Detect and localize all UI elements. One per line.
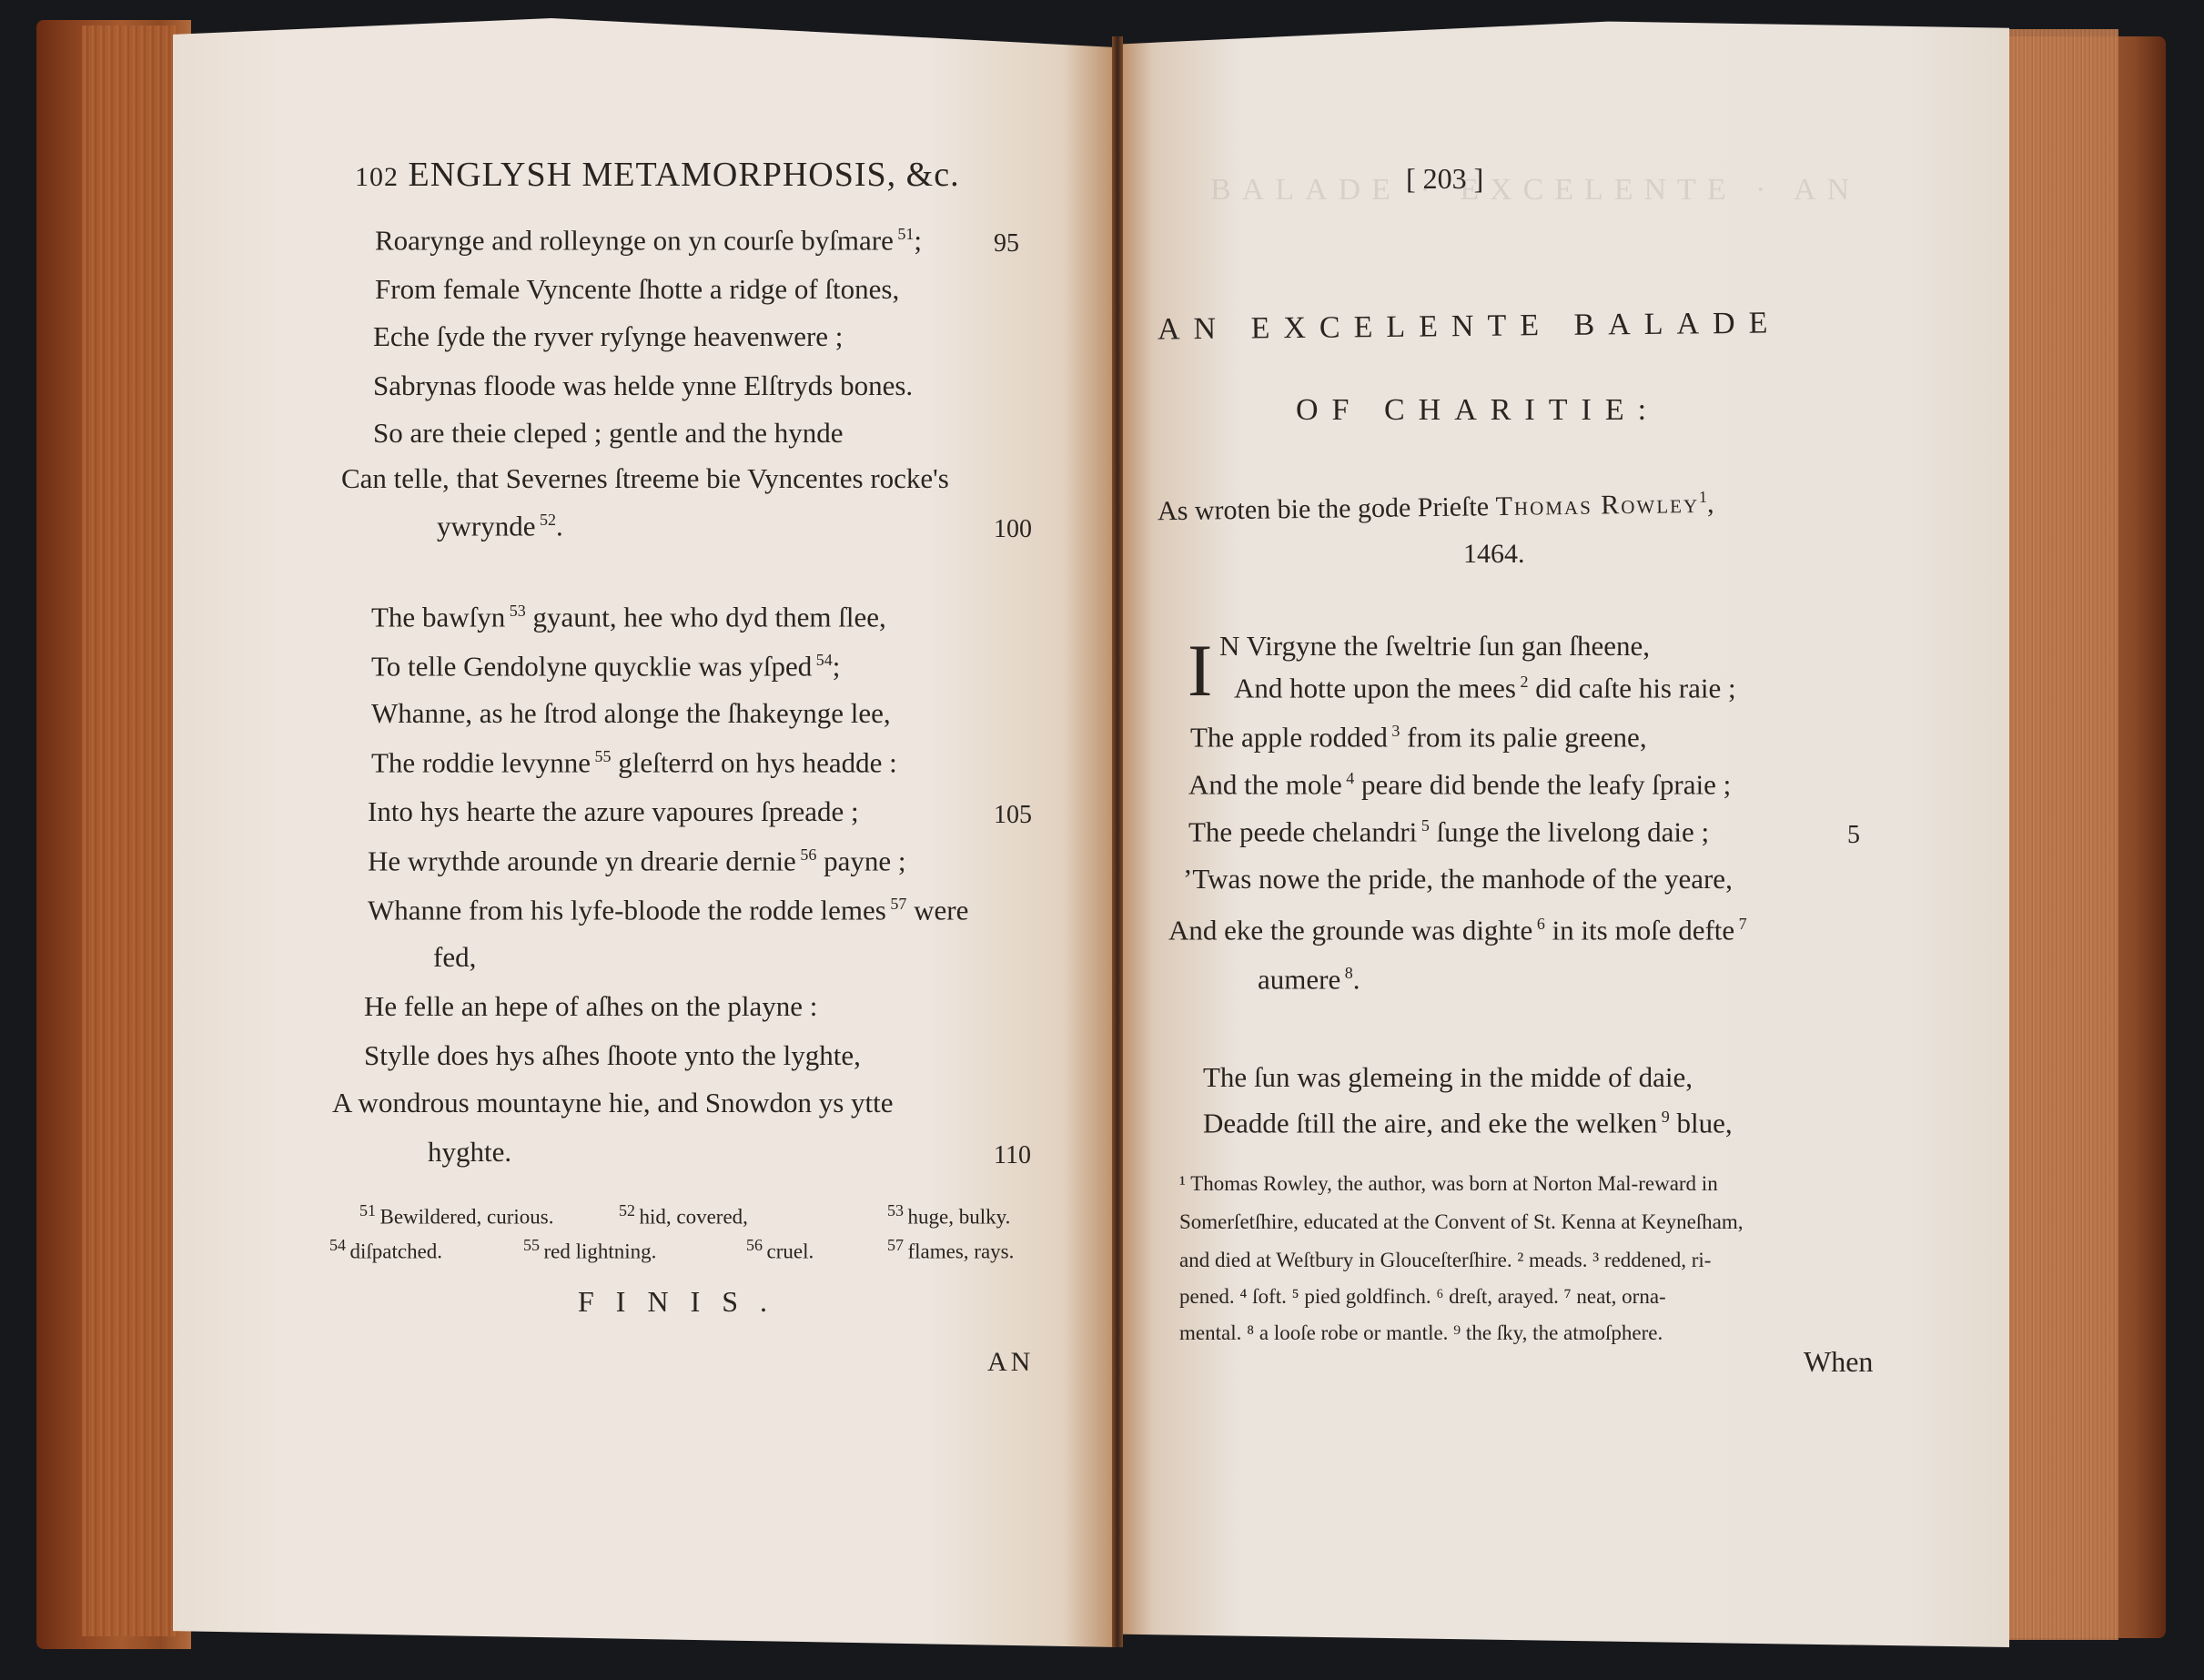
footnote: 52 hid, covered, xyxy=(619,1201,748,1230)
footnote: 53 huge, bulky. xyxy=(887,1201,1010,1230)
verse-line: And eke the grounde was dighte 6 in its … xyxy=(1168,916,1747,944)
verse-line: aumere 8. xyxy=(1258,965,1360,993)
year: 1464. xyxy=(1463,539,1525,570)
page-number: 102 xyxy=(355,162,399,192)
page-number: [ 203 ] xyxy=(1406,162,1483,196)
catchword: AN xyxy=(987,1347,1034,1378)
footnote: 54 diſpatched. xyxy=(329,1236,442,1264)
verse-line: He felle an hepe of aſhes on the playne … xyxy=(364,992,817,1020)
verse-line: Stylle does hys aſhes ſhoote ynto the ly… xyxy=(364,1041,861,1069)
verse-line: Sabrynas floode was helde ynne Elſtryds … xyxy=(373,371,913,400)
drop-cap: I xyxy=(1188,633,1212,708)
book-gutter xyxy=(1112,36,1123,1647)
footnote-ref: 2 xyxy=(1516,673,1529,691)
catchword: When xyxy=(1804,1345,1873,1379)
verse-line: Into hys hearte the azure vapoures ſprea… xyxy=(368,797,859,825)
footnote-line: mental. ⁸ a looſe robe or mantle. ⁹ the … xyxy=(1179,1321,1663,1345)
verse-line: Deadde ſtill the aire, and eke the welke… xyxy=(1203,1108,1733,1137)
line-number: 5 xyxy=(1847,821,1860,850)
footnote-ref: 5 xyxy=(1417,816,1430,835)
verse-line: hyghte. xyxy=(428,1138,511,1166)
footnote: 51 Bewildered, curious. xyxy=(359,1201,553,1230)
author-name: Thomas Rowley xyxy=(1495,489,1699,521)
running-head: 102 ENGLYSH METAMORPHOSIS, &c. xyxy=(355,155,960,195)
verse-line: The ſun was glemeing in the midde of dai… xyxy=(1203,1063,1693,1091)
footnote-line: pened. ⁴ ſoft. ⁵ pied goldfinch. ⁶ dreſt… xyxy=(1179,1285,1666,1309)
running-head-title: ENGLYSH METAMORPHOSIS, &c. xyxy=(409,156,960,194)
verse-line: From female Vyncente ſhotte a ridge of ſ… xyxy=(375,275,899,303)
footnote-ref: 6 xyxy=(1532,915,1545,933)
footnote-ref: 3 xyxy=(1388,722,1400,740)
footnote-ref: 52 xyxy=(535,511,556,529)
footnote-line: Somerſetſhire, educated at the Convent o… xyxy=(1179,1210,1744,1234)
footnote-ref: 4 xyxy=(1342,769,1355,787)
line-number: 105 xyxy=(994,801,1032,830)
verse-line: Whanne, as he ſtrod alonge the ſhakeynge… xyxy=(371,699,891,727)
footnote: 55 red lightning. xyxy=(523,1236,656,1264)
verse-line: To telle Gendolyne quycklie was yſped 54… xyxy=(371,652,840,680)
verse-line: The apple rodded 3 from its palie greene… xyxy=(1190,723,1647,751)
footnote-line: and died at Weſtbury in Glouceſterſhire.… xyxy=(1179,1249,1711,1272)
footnote-ref: 55 xyxy=(591,747,612,765)
finis: FINIS. xyxy=(578,1285,789,1319)
footnote-ref: 56 xyxy=(796,845,817,864)
line-number: 110 xyxy=(994,1141,1031,1170)
poem-subtitle: OF CHARITIE: xyxy=(1296,393,1660,428)
poem-title: AN EXCELENTE BALADE xyxy=(1158,306,1782,347)
verse-line: So are theie cleped ; gentle and the hyn… xyxy=(373,419,843,447)
footnote-ref: 53 xyxy=(505,602,526,620)
verse-line: ’Twas nowe the pride, the manhode of the… xyxy=(1183,865,1733,893)
verse-line: He wrythde arounde yn drearie dernie 56 … xyxy=(368,846,905,875)
verse-line: Can telle, that Severnes ſtreeme bie Vyn… xyxy=(341,464,949,492)
verse-line: Whanne from his lyfe-bloode the rodde le… xyxy=(368,896,968,924)
line-number: 100 xyxy=(994,515,1032,544)
line-number: 95 xyxy=(994,229,1019,258)
footnote-ref: 57 xyxy=(886,895,907,913)
verse-line: And hotte upon the mees 2 did caſte his … xyxy=(1234,673,1736,702)
verse-line: Eche ſyde the ryver ryſynge heavenwere ; xyxy=(373,322,843,350)
verse-line: ywrynde 52. xyxy=(437,511,563,540)
footnote-ref: 51 xyxy=(894,225,915,243)
footnote-ref: 54 xyxy=(812,651,833,669)
verse-line: N Virgyne the ſweltrie ſun gan ſheene, xyxy=(1219,632,1650,660)
footnote-ref: 9 xyxy=(1657,1108,1670,1126)
footnote-ref: 8 xyxy=(1340,964,1353,982)
left-page xyxy=(173,18,1119,1647)
verse-line: fed, xyxy=(433,943,476,971)
right-page-edges xyxy=(2000,29,2118,1640)
verse-line: Roarynge and rolleynge on yn courſe byſm… xyxy=(375,226,922,254)
verse-line: The bawſyn 53 gyaunt, hee who dyd them ſ… xyxy=(371,602,886,631)
footnote: 57 flames, rays. xyxy=(887,1236,1014,1264)
left-page-edges xyxy=(82,25,177,1636)
verse-line: The roddie levynne 55 gleſterrd on hys h… xyxy=(371,748,897,776)
footnote: 56 cruel. xyxy=(746,1236,814,1264)
footnote-line: ¹ Thomas Rowley, the author, was born at… xyxy=(1179,1172,1718,1196)
open-book: BALADE · EXCELENTE · AN 102 ENGLYSH META… xyxy=(0,0,2204,1680)
verse-line: The peede chelandri 5 ſunge the livelong… xyxy=(1188,817,1709,845)
bleed-through-text: BALADE · EXCELENTE · AN xyxy=(1210,173,1860,207)
verse-line: And the mole 4 peare did bende the leafy… xyxy=(1188,770,1731,798)
verse-line: A wondrous mountayne hie, and Snowdon ys… xyxy=(332,1088,894,1117)
